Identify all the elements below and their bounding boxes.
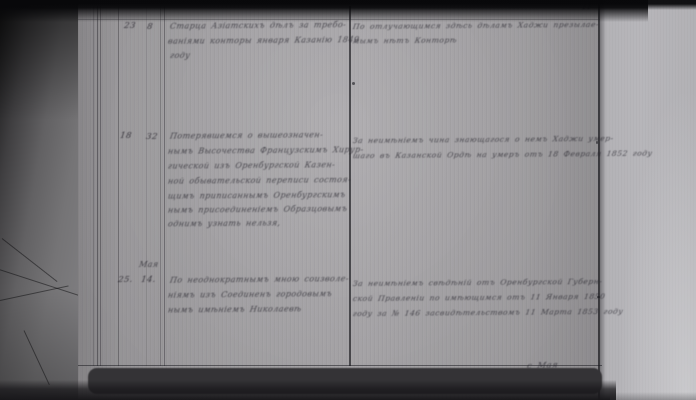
handwriting-line: По отлучающимся здѣсь дѣламъ Хаджи презы… — [352, 21, 599, 31]
handwriting-line: ваніями конторы января Казанію 1849 — [167, 36, 360, 46]
scratch-mark — [0, 285, 69, 301]
journal-number: 14. — [140, 276, 156, 285]
column-divider-line — [349, 6, 351, 366]
handwriting-line: нымъ Высочества Французскимъ Хирур- — [167, 146, 364, 156]
row-number: 18 — [119, 132, 132, 141]
top-shadow-band — [0, 0, 696, 10]
ink-speck — [352, 82, 355, 85]
ruled-line-vertical — [100, 6, 101, 366]
ledger-photo: №№ 11 23 8 Старца Азіатскихъ дѣлъ за тре… — [0, 0, 696, 400]
handwriting-line: За неимѣніемъ свѣдѣній отъ Оренбургской … — [352, 278, 603, 288]
handwriting-line: гической изъ Оренбургской Казен- — [167, 161, 335, 170]
ruled-line-vertical — [93, 6, 94, 366]
handwriting-line: Потерявшемся о вышеозначен- — [169, 131, 323, 140]
handwriting-line: мымъ нѣтъ Конторѣ — [352, 37, 457, 46]
handwriting-line: Старца Азіатскихъ дѣлъ за требо- — [169, 21, 346, 31]
handwriting-line: нымъ присоединеніемъ Образцовымъ — [167, 205, 348, 215]
ruled-line-vertical — [146, 6, 147, 366]
journal-number: 8 — [146, 23, 153, 32]
ledger-page — [78, 0, 600, 400]
ruled-line-vertical — [97, 6, 98, 366]
ruled-line-horizontal — [78, 365, 602, 366]
handwriting-line: щимъ приписаннымъ Оренбургскимъ — [167, 191, 346, 201]
ruled-line-vertical — [160, 6, 161, 366]
ruled-line-vertical — [164, 6, 165, 366]
handwriting-line: однимъ узнать нельзя, — [167, 220, 281, 229]
book-gutter — [0, 0, 78, 400]
handwriting-line: ной обывательской переписи состоя- — [167, 176, 351, 186]
row-number: 23 — [123, 22, 136, 31]
page-edge-strip — [600, 0, 696, 400]
bottom-right-fade — [610, 392, 696, 400]
handwriting-line: ніямъ изъ Соединенъ городовымъ — [167, 290, 332, 299]
row-number: 25. — [117, 276, 133, 285]
bottom-shadow-band — [0, 380, 616, 400]
ink-speck — [596, 141, 598, 144]
scratch-mark — [2, 238, 58, 282]
scratch-mark — [24, 330, 50, 385]
handwriting-line: нымъ имѣніемъ Николаевѣ — [167, 305, 302, 314]
ruled-line-vertical — [118, 6, 119, 366]
handwriting-line: По неоднократнымъ мною соизволе- — [169, 275, 349, 285]
journal-number: 32 — [145, 133, 158, 142]
handwriting-line: году — [169, 52, 190, 60]
ink-speck — [597, 296, 600, 298]
handwriting-line: ской Правленіи по имѣющимся отъ 11 Январ… — [352, 293, 606, 303]
scratch-mark — [0, 268, 82, 297]
month-heading: Мая — [138, 261, 159, 269]
